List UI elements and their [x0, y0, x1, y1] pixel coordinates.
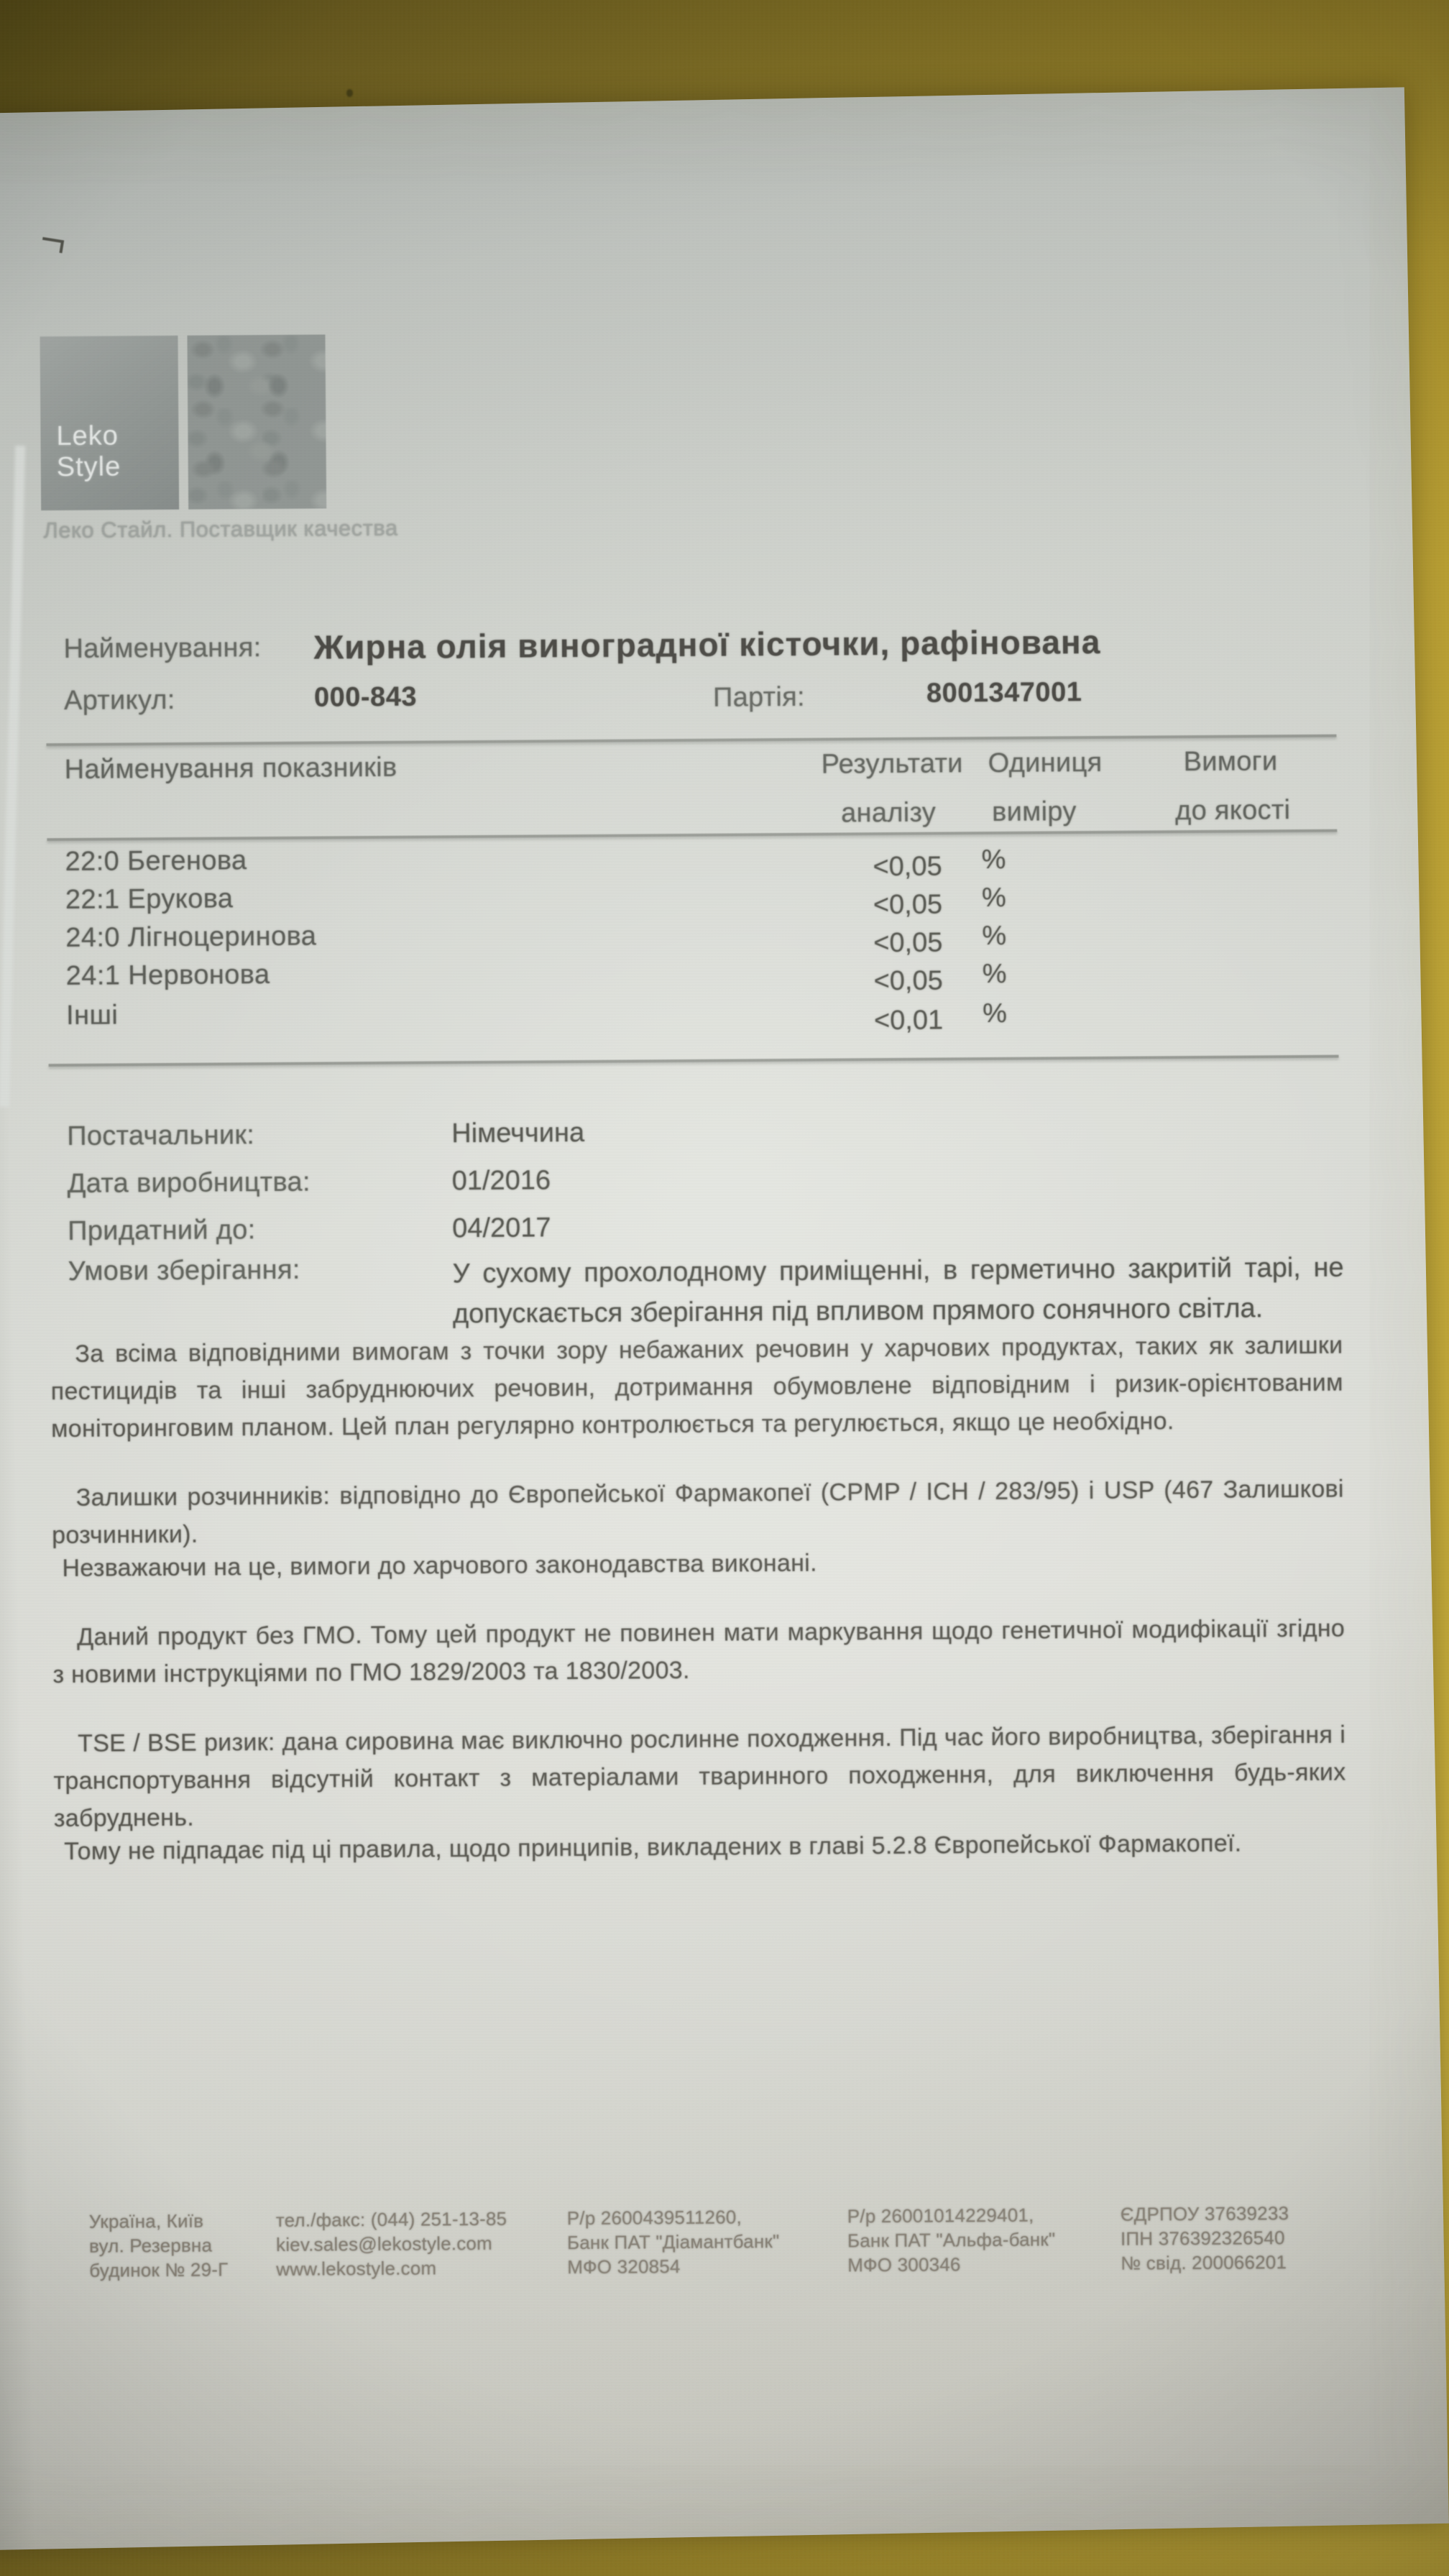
col-header-requirement-l1: Вимоги	[1184, 746, 1278, 778]
field-article-value: 000-843	[314, 682, 417, 714]
footer-line: будинок № 29-Г	[89, 2257, 228, 2282]
detail-row: Постачальник: Німеччина	[67, 1120, 254, 1152]
footer-line: ЄДРПОУ 37639233	[1121, 2201, 1289, 2227]
row-unit: %	[983, 959, 1007, 990]
field-name-value: Жирна олія виноградної кісточки, рафінов…	[313, 622, 1100, 667]
row-indicator: Інші	[66, 1000, 118, 1031]
detail-value: 04/2017	[452, 1207, 1343, 1245]
row-result: <0,05	[821, 965, 943, 997]
footer-contacts: тел./факс: (044) 251-13-85 kiev.sales@le…	[276, 2207, 507, 2281]
col-header-result-l1: Результати	[822, 748, 963, 780]
footer-line: вул. Резервна	[89, 2232, 228, 2258]
col-header-unit-l2: виміру	[992, 796, 1077, 828]
logo-brand-text: Leko Style	[56, 420, 179, 483]
logo-mark: Leko Style	[40, 336, 179, 510]
logo-photo-tile	[187, 334, 326, 509]
row-unit: %	[983, 998, 1007, 1029]
footer-line: МФО 320854	[567, 2253, 780, 2279]
paragraph-gmo: Даний продукт без ГМО. Тому цей продукт …	[52, 1610, 1345, 1694]
footer-line: Банк ПАТ "Альфа-банк"	[847, 2227, 1056, 2253]
body-text: За всіма відповідними вимогам з точки зо…	[50, 1327, 1346, 1880]
detail-value: 01/2016	[452, 1160, 1343, 1197]
col-header-requirement-l2: до якості	[1175, 795, 1290, 827]
paragraph-food-law: Незважаючи на це, вимоги до харчового за…	[52, 1541, 1344, 1588]
footer-line: № свід. 200066201	[1121, 2250, 1289, 2276]
field-article-label: Артикул:	[64, 685, 175, 717]
footer-line: Р/р 2600439511260,	[567, 2204, 780, 2230]
row-indicator: 22:1 Ерукова	[65, 883, 234, 916]
table-row: Інші <0,01 %	[66, 993, 1216, 1039]
detail-row: Дата виробництва: 01/2016	[68, 1167, 310, 1200]
detail-label: Умови зберігання:	[68, 1255, 300, 1287]
row-indicator: 24:1 Нервонова	[66, 960, 270, 992]
detail-value: У сухому прохолодному приміщенні, в герм…	[452, 1248, 1344, 1335]
footer-registration: ЄДРПОУ 37639233 ІПН 376392326540 № свід.…	[1121, 2201, 1289, 2276]
field-name-label: Найменування:	[63, 632, 261, 665]
row-unit: %	[982, 921, 1006, 952]
paragraph-tse-bse: TSE / BSE ризик: дана сировина має виклю…	[53, 1716, 1346, 1838]
table-rule-bottom	[49, 1055, 1339, 1067]
photo-scene: Leko Style Леко Стайл. Поставщик качеств…	[0, 0, 1449, 2576]
paragraph-pharmacopoeia: Тому не підпадає під ці правила, щодо пр…	[54, 1824, 1346, 1871]
table-rule-top	[46, 735, 1336, 747]
row-indicator: 24:0 Лігноцеринова	[65, 921, 316, 954]
footer-line: МФО 300346	[847, 2251, 1056, 2277]
wall-speck	[346, 89, 353, 97]
logo-tagline: Леко Стайл. Поставщик качества	[43, 515, 398, 543]
footer-line: Україна, Київ	[89, 2208, 228, 2233]
footer-line: Банк ПАТ "Діамантбанк"	[567, 2229, 780, 2255]
detail-row: Умови зберігання: У сухому прохолодному …	[68, 1255, 300, 1287]
document-page: Leko Style Леко Стайл. Поставщик качеств…	[0, 87, 1449, 2550]
row-unit: %	[981, 845, 1006, 875]
footer-line: ІПН 376392326540	[1121, 2225, 1289, 2251]
col-header-result-l2: аналізу	[841, 798, 936, 829]
footer-line: www.lekostyle.com	[276, 2255, 507, 2281]
footer-bank-alfa: Р/р 26001014229401, Банк ПАТ "Альфа-банк…	[847, 2202, 1056, 2277]
col-header-indicator: Найменування показників	[65, 753, 397, 786]
field-batch-value: 8001347001	[926, 677, 1082, 709]
document-content: Leko Style Леко Стайл. Поставщик качеств…	[0, 96, 1435, 2542]
detail-label: Постачальник:	[67, 1120, 254, 1151]
detail-label: Придатний до:	[68, 1215, 256, 1246]
footer-line: тел./факс: (044) 251-13-85	[276, 2207, 507, 2232]
paragraph-monitoring: За всіма відповідними вимогам з точки зо…	[50, 1327, 1343, 1448]
detail-label: Дата виробництва:	[68, 1167, 310, 1199]
row-unit: %	[982, 883, 1006, 914]
col-header-unit-l1: Одиниця	[988, 747, 1103, 779]
footer-bank-diamant: Р/р 2600439511260, Банк ПАТ "Діамантбанк…	[567, 2204, 780, 2279]
footer-line: Р/р 26001014229401,	[847, 2202, 1056, 2228]
detail-row: Придатний до: 04/2017	[68, 1215, 256, 1247]
field-batch-label: Партія:	[713, 682, 805, 714]
detail-value: Німеччина	[451, 1113, 1343, 1150]
row-result: <0,01	[821, 1005, 943, 1036]
row-indicator: 22:0 Бегенова	[65, 845, 247, 878]
footer-line: kiev.sales@lekostyle.com	[276, 2231, 507, 2257]
table-row: 24:1 Нервонова <0,05 %	[66, 953, 1216, 999]
footer-address: Україна, Київ вул. Резервна будинок № 29…	[89, 2208, 229, 2282]
